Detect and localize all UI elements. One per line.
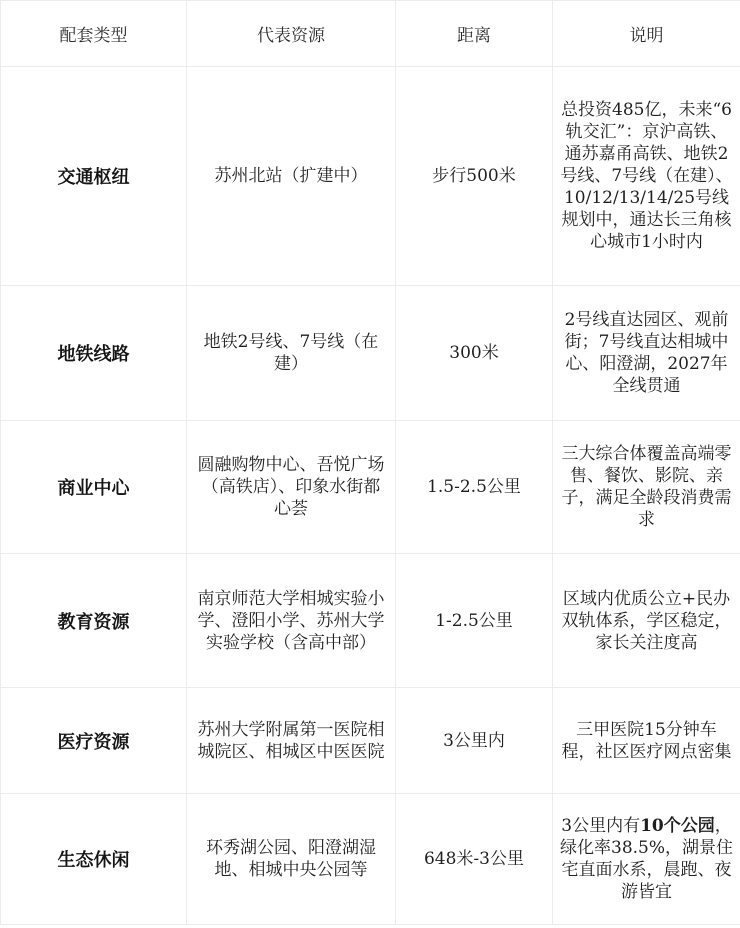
table-row-medical: 医疗资源 苏州大学附属第一医院相城院区、相城区中医医院 3公里内 三甲医院15分… xyxy=(1,688,740,794)
cell-distance: 300米 xyxy=(396,286,553,421)
column-header-description: 说明 xyxy=(553,1,740,67)
cell-description: 区域内优质公立+民办双轨体系，学区稳定，家长关注度高 xyxy=(553,554,740,688)
table-row-ecology: 生态休闲 环秀湖公园、阳澄湖湿地、相城中央公园等 648米-3公里 3公里内有1… xyxy=(1,794,740,925)
cell-type: 交通枢纽 xyxy=(1,67,187,286)
cell-resource: 地铁2号线、7号线（在建） xyxy=(187,286,396,421)
cell-description: 总投资485亿，未来“6轨交汇”：京沪高铁、通苏嘉甬高铁、地铁2号线、7号线（在… xyxy=(553,67,740,286)
cell-distance: 步行500米 xyxy=(396,67,553,286)
cell-description: 2号线直达园区、观前街；7号线直达相城中心、阳澄湖，2027年全线贯通 xyxy=(553,286,740,421)
cell-resource: 苏州大学附属第一医院相城院区、相城区中医医院 xyxy=(187,688,396,794)
table-row-education: 教育资源 南京师范大学相城实验小学、澄阳小学、苏州大学实验学校（含高中部） 1-… xyxy=(1,554,740,688)
cell-distance: 1.5-2.5公里 xyxy=(396,421,553,554)
cell-description: 3公里内有10个公园，绿化率38.5%，湖景住宅直面水系，晨跑、夜游皆宜 xyxy=(553,794,740,925)
amenities-table: 配套类型 代表资源 距离 说明 交通枢纽 苏州北站（扩建中） 步行500米 总投… xyxy=(0,0,740,925)
cell-description: 三大综合体覆盖高端零售、餐饮、影院、亲子，满足全龄段消费需求 xyxy=(553,421,740,554)
column-header-distance: 距离 xyxy=(396,1,553,67)
cell-description: 三甲医院15分钟车程，社区医疗网点密集 xyxy=(553,688,740,794)
cell-distance: 1-2.5公里 xyxy=(396,554,553,688)
table-row-commerce: 商业中心 圆融购物中心、吾悦广场（高铁店）、印象水街都心荟 1.5-2.5公里 … xyxy=(1,421,740,554)
table-row-transport: 交通枢纽 苏州北站（扩建中） 步行500米 总投资485亿，未来“6轨交汇”：京… xyxy=(1,67,740,286)
cell-distance: 648米-3公里 xyxy=(396,794,553,925)
cell-resource: 圆融购物中心、吾悦广场（高铁店）、印象水街都心荟 xyxy=(187,421,396,554)
cell-type: 生态休闲 xyxy=(1,794,187,925)
cell-type: 地铁线路 xyxy=(1,286,187,421)
description-text-bold: 10个公园 xyxy=(640,816,715,836)
table-header-row: 配套类型 代表资源 距离 说明 xyxy=(1,1,740,67)
column-header-resource: 代表资源 xyxy=(187,1,396,67)
table-row-metro: 地铁线路 地铁2号线、7号线（在建） 300米 2号线直达园区、观前街；7号线直… xyxy=(1,286,740,421)
description-text-before: 3公里内有 xyxy=(561,816,640,836)
cell-resource: 环秀湖公园、阳澄湖湿地、相城中央公园等 xyxy=(187,794,396,925)
cell-resource: 南京师范大学相城实验小学、澄阳小学、苏州大学实验学校（含高中部） xyxy=(187,554,396,688)
column-header-type: 配套类型 xyxy=(1,1,187,67)
cell-resource: 苏州北站（扩建中） xyxy=(187,67,396,286)
cell-type: 商业中心 xyxy=(1,421,187,554)
cell-type: 教育资源 xyxy=(1,554,187,688)
cell-type: 医疗资源 xyxy=(1,688,187,794)
cell-distance: 3公里内 xyxy=(396,688,553,794)
